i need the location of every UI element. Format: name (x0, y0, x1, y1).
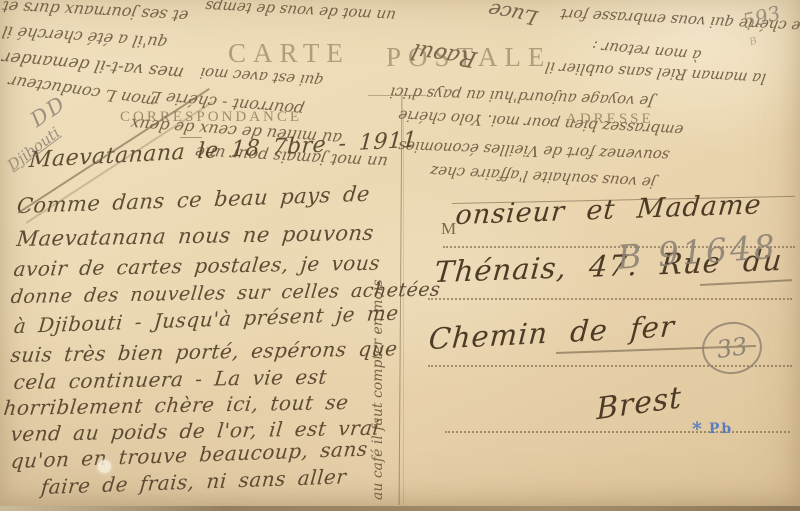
adresse-label: ADRESSE (566, 111, 654, 128)
address-dotted-line-4 (445, 431, 790, 433)
card-title-carte: CARTE (228, 38, 350, 69)
overwritten-line: un mot de vous de temps (204, 0, 398, 25)
card-title-postale: POSTALE (386, 42, 551, 73)
message-line: avoir de cartes postales, je vous (12, 251, 381, 281)
blue-initials: Pb (709, 421, 733, 437)
overwritten-line: je vous souhaite l'affaire chez (429, 162, 657, 192)
blue-star-icon: * (692, 418, 702, 440)
address-dotted-line-2 (428, 298, 792, 300)
message-line: cela continuera - La vie est (12, 365, 328, 395)
correspondance-dash (180, 137, 202, 138)
message-line: Maevatanana nous ne pouvons (15, 221, 375, 251)
message-line: horriblement chère ici, tout se (2, 390, 349, 420)
overwritten-line: la maman Riel sans oublier il (544, 58, 768, 87)
correspondance-label: CORRESPONDANCE (120, 109, 302, 126)
center-divider-line-2 (403, 110, 404, 505)
title-dash (368, 95, 426, 96)
address-line-city: Brest (596, 380, 682, 427)
overwritten-line: et ses journaux durs et (0, 0, 189, 26)
scan-bottom-edge (0, 506, 800, 511)
paper-blemish-spot (98, 460, 111, 473)
overwritten-line: Luce (485, 0, 541, 30)
department-number: 33 (715, 332, 749, 364)
overwritten-line: souvenez fort de Vieilles économies (397, 137, 671, 164)
address-line-recipient: onsieur et Madame (454, 189, 763, 231)
overwritten-line: Je voyage aujourd'hui au pays d'ici (389, 83, 656, 110)
pen-flourish-1 (700, 279, 792, 285)
message-line: suis très bien porté, espérons que (9, 336, 398, 367)
message-line: Comme dans ce beau pays de (16, 182, 371, 218)
department-circle-mark: 33 (699, 318, 766, 378)
corner-small-mark: B (748, 35, 759, 48)
blue-collector-mark: * Pb (692, 418, 733, 440)
postcard-back: et ses journaux durs etqu'il a été cherc… (0, 0, 800, 511)
